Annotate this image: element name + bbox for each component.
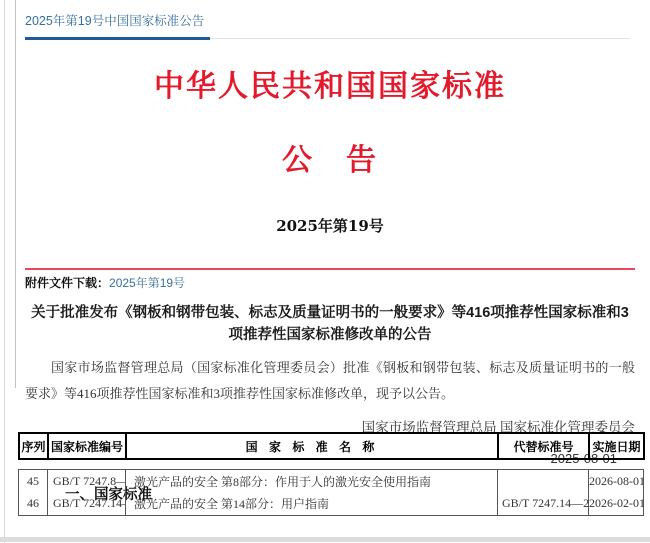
col-header-seq: 序列 [19,433,48,459]
window-bottom-edge [0,537,650,542]
breadcrumb-link[interactable]: 2025年第19号中国国家标准公告 [25,14,204,28]
table-header-row: 序列 国家标准编号 国 家 标 准 名 称 代替标准号 实施日期 [19,433,644,459]
standards-table-header: 序列 国家标准编号 国 家 标 准 名 称 代替标准号 实施日期 [18,432,645,460]
red-divider [25,268,635,270]
breadcrumb-divider [25,38,630,39]
content-left-border [15,0,16,388]
announcement-title: 关于批准发布《钢板和钢带包装、标志及质量证明书的一般要求》等416项推荐性国家标… [25,302,635,346]
col-header-code: 国家标准编号 [48,433,126,459]
col-header-date: 实施日期 [589,433,644,459]
table-row: 46 GB/T 7247.14—2025 激光产品的安全 第14部分：用户指南 … [19,493,644,516]
page-title: 中华人民共和国国家标准 [25,61,635,105]
cell-date: 2026-02-01 [589,493,644,516]
col-header-replaces: 代替标准号 [498,433,589,459]
attachment-label: 附件文件下载： [25,276,109,290]
cell-replaces [498,470,589,493]
col-header-name: 国 家 标 准 名 称 [126,433,498,459]
attachment-row: 附件文件下载：2025年第19号 [25,274,635,291]
cell-name: 激光产品的安全 第8部分：作用于人的激光安全使用指南 [126,470,498,493]
issue-number: 2025年第19号 [25,215,635,236]
breadcrumb: 2025年第19号中国国家标准公告 [25,0,635,39]
cell-seq: 46 [19,493,48,516]
cell-code: GB/T 7247.8—2025 [48,470,126,493]
attachment-link[interactable]: 2025年第19号 [109,276,185,290]
cell-name: 激光产品的安全 第14部分：用户指南 [126,493,498,516]
breadcrumb-active-underline [25,37,210,40]
standards-table-body: 45 GB/T 7247.8—2025 激光产品的安全 第8部分：作用于人的激光… [18,469,644,516]
cell-date: 2026-08-01 [589,470,644,493]
cell-code: GB/T 7247.14—2025 [48,493,126,516]
body-paragraph: 国家市场监督管理总局（国家标准化管理委员会）批准《钢板和钢带包装、标志及质量证明… [25,355,635,407]
standards-table: 序列 国家标准编号 国 家 标 准 名 称 代替标准号 实施日期 45 GB/T… [18,432,643,516]
table-row: 45 GB/T 7247.8—2025 激光产品的安全 第8部分：作用于人的激光… [19,470,644,493]
document-content: 2025年第19号中国国家标准公告 中华人民共和国国家标准 公 告 2025年第… [25,0,635,504]
cell-seq: 45 [19,470,48,493]
cell-replaces: GB/T 7247.14—2012 [498,493,589,516]
window-left-edge [4,0,5,543]
page-title-line2: 公 告 [25,135,635,179]
